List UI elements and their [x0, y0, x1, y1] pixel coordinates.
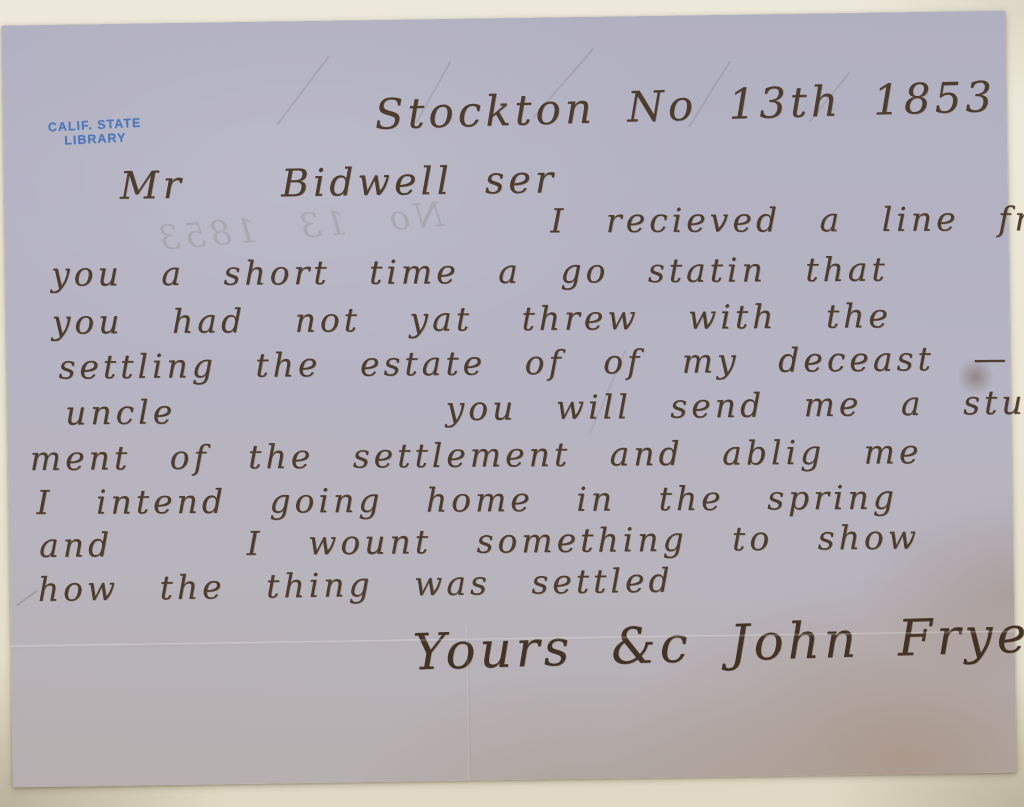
letter-signature: Yours &c John Frye — [412, 606, 1024, 682]
letter-paper: CALIF. STATE LIBRARY No 13 1853 Stockton… — [1, 11, 1016, 788]
pencil-mark — [16, 590, 38, 607]
letter-body-line: you a short time a go statin that — [51, 250, 889, 294]
library-stamp: CALIF. STATE LIBRARY — [38, 115, 151, 149]
letter-body-line: uncle you will send me a stute — [65, 382, 1024, 432]
letter-body-line: settling the estate of of my deceast — — [58, 339, 1010, 387]
letter-body-line: how the thing was settled — [37, 561, 673, 609]
bleed-through-stroke — [277, 55, 331, 125]
letter-body-line: you had not yat threw with the — [52, 296, 892, 342]
letter-salutation: Mr Bidwell ser — [119, 157, 557, 207]
letter-body-line: I recieved a line from — [550, 199, 1024, 240]
letter-body-line: I intend going home in the spring — [36, 478, 898, 522]
letter-body-line: and I wount something to show — [39, 518, 920, 565]
letter-dateline: Stockton No 13th 1853 — [374, 72, 997, 139]
letter-body-line: ment of the settlement and ablig me — [30, 432, 923, 478]
photo-of-letter: { "document": { "stamp": { "line1": "CAL… — [0, 0, 1024, 807]
